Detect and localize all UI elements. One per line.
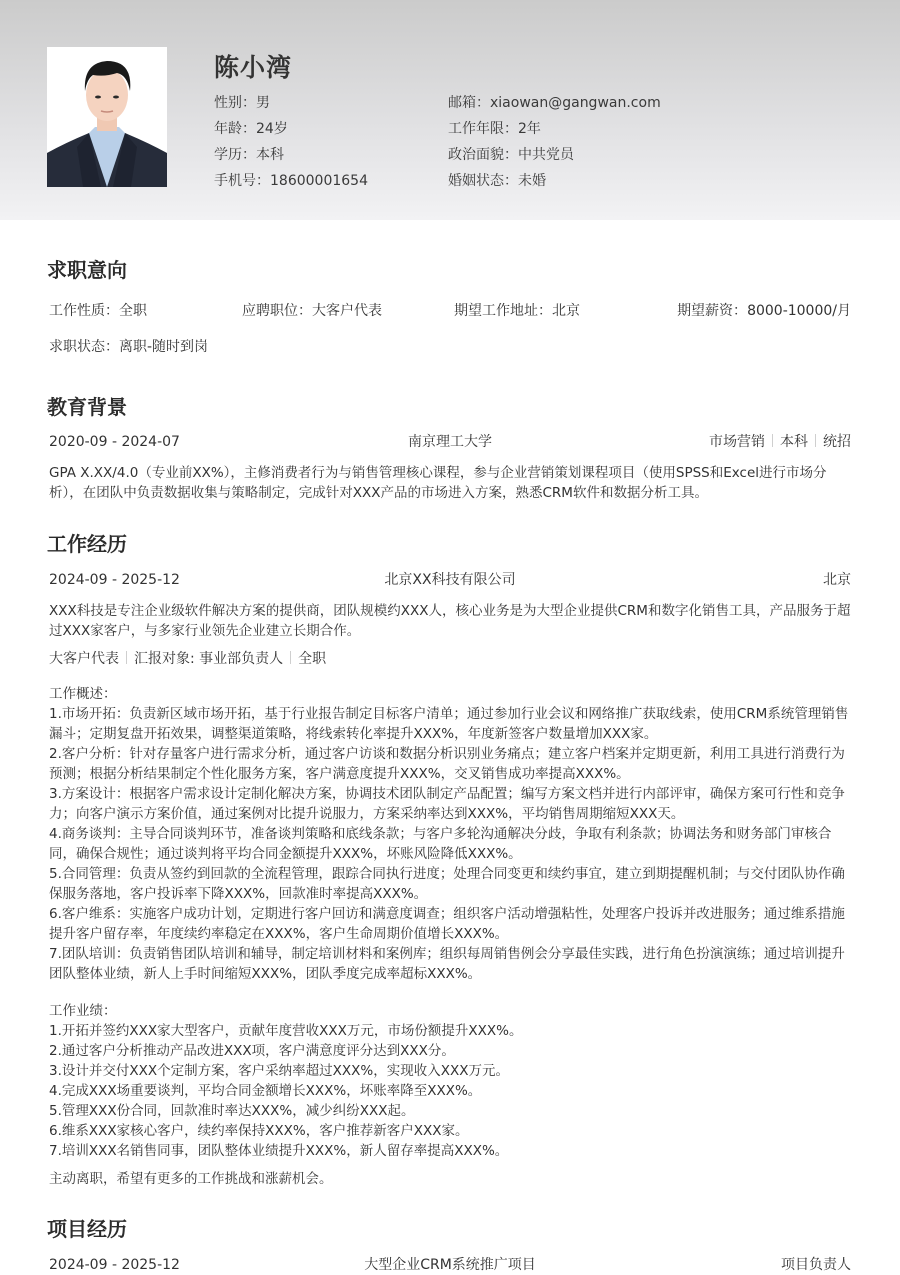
education-level-field: 学历：本科 <box>214 144 368 170</box>
email-link[interactable]: xiaowan@gangwan.com <box>490 95 661 111</box>
field-label: 学历： <box>214 147 256 163</box>
education-period: 2020-09 - 2024-07 <box>49 432 180 452</box>
field-label: 应聘职位： <box>242 303 312 319</box>
work-overview: 工作概述： 1.市场开拓：负责新区域市场开拓，基于行业报告制定目标客户清单；通过… <box>49 684 851 984</box>
field-label: 工作性质： <box>49 303 119 319</box>
work-location: 北京 <box>823 570 851 590</box>
profile-photo <box>47 47 167 187</box>
degree-tag: 本科 <box>780 434 808 450</box>
field-label: 手机号： <box>214 173 270 189</box>
company-intro: XXX科技是专注企业级软件解决方案的提供商，团队规模约XXX人，核心业务是为大型… <box>49 601 851 641</box>
field-value: 中共党员 <box>518 147 574 163</box>
job-intention-row-2: 求职状态：离职-随时到岗 <box>49 337 851 357</box>
achievement-item: 6.维系XXX家核心客户，续约率保持XXX%，客户推荐新客户XXX家。 <box>49 1121 851 1141</box>
company-name: 北京XX科技有限公司 <box>384 572 515 588</box>
project-role: 项目负责人 <box>781 1255 851 1275</box>
divider <box>815 434 816 447</box>
basic-info-right: 邮箱：xiaowan@gangwan.com 工作年限：2年 政治面貌：中共党员… <box>448 92 661 196</box>
age-field: 年龄：24岁 <box>214 118 368 144</box>
school-name: 南京理工大学 <box>408 434 492 450</box>
field-label: 工作年限： <box>448 121 518 137</box>
field-value: 18600001654 <box>270 173 368 189</box>
position-field: 应聘职位：大客户代表 <box>242 301 382 321</box>
field-value: 未婚 <box>518 173 546 189</box>
field-label: 期望工作地址： <box>454 303 552 319</box>
divider <box>290 651 291 664</box>
job-status-field: 求职状态：离职-随时到岗 <box>49 337 208 357</box>
overview-item: 2.客户分析：针对存量客户进行需求分析，通过客户访谈和数据分析识别业务痛点；建立… <box>49 744 851 784</box>
field-label: 年龄： <box>214 121 256 137</box>
section-title-job-intention: 求职意向 <box>47 254 127 283</box>
overview-item: 4.商务谈判：主导合同谈判环节，准备谈判策略和底线条款；与客户多轮沟通解决分歧，… <box>49 824 851 864</box>
field-label: 邮箱： <box>448 95 490 111</box>
work-tags: 大客户代表汇报对象: 事业部负责人全职 <box>49 649 851 669</box>
political-status-field: 政治面貌：中共党员 <box>448 144 661 170</box>
field-value: 全职 <box>119 303 147 319</box>
field-value: 北京 <box>552 303 580 319</box>
work-years-field: 工作年限：2年 <box>448 118 661 144</box>
section-title-work: 工作经历 <box>47 528 127 557</box>
overview-item: 3.方案设计：根据客户需求设计定制化解决方案，协调技术团队制定产品配置；编写方案… <box>49 784 851 824</box>
education-description: GPA X.XX/4.0（专业前XX%），主修消费者行为与销售管理核心课程，参与… <box>49 463 851 503</box>
project-header-row: 2024-09 - 2025-12 大型企业CRM系统推广项目 项目负责人 <box>49 1255 851 1275</box>
field-label: 婚姻状态： <box>448 173 518 189</box>
basic-info-left: 性别：男 年龄：24岁 学历：本科 手机号：18600001654 <box>214 92 368 196</box>
project-period: 2024-09 - 2025-12 <box>49 1255 180 1275</box>
overview-item: 1.市场开拓：负责新区域市场开拓，基于行业报告制定目标客户清单；通过参加行业会议… <box>49 704 851 744</box>
gender-field: 性别：男 <box>214 92 368 118</box>
field-value: 2年 <box>518 121 541 137</box>
overview-item: 6.客户维系：实施客户成功计划，定期进行客户回访和满意度调查；组织客户活动增强粘… <box>49 904 851 944</box>
divider <box>772 434 773 447</box>
field-label: 期望薪资： <box>677 303 747 319</box>
section-title-project: 项目经历 <box>47 1213 127 1242</box>
email-field: 邮箱：xiaowan@gangwan.com <box>448 92 661 118</box>
achievement-item: 3.设计并交付XXX个定制方案，客户采纳率超过XXX%，实现收入XXX万元。 <box>49 1061 851 1081</box>
section-title-education: 教育背景 <box>47 391 127 420</box>
achievement-item: 2.通过客户分析推动产品改进XXX项，客户满意度评分达到XXX分。 <box>49 1041 851 1061</box>
achievement-item: 1.开拓并签约XXX家大型客户，贡献年度营收XXX万元，市场份额提升XXX%。 <box>49 1021 851 1041</box>
education-header-row: 2020-09 - 2024-07 南京理工大学 市场营销本科统招 <box>49 432 851 452</box>
field-value: 男 <box>256 95 270 111</box>
location-field: 期望工作地址：北京 <box>454 301 580 321</box>
field-value: 24岁 <box>256 121 288 137</box>
job-intention-row-1: 工作性质：全职 应聘职位：大客户代表 期望工作地址：北京 期望薪资：8000-1… <box>49 301 851 321</box>
overview-item: 7.团队培训：负责销售团队培训和辅导，制定培训材料和案例库；组织每周销售例会分享… <box>49 944 851 984</box>
project-name: 大型企业CRM系统推广项目 <box>364 1257 536 1273</box>
achievements-title: 工作业绩： <box>49 1001 851 1021</box>
major-tag: 市场营销 <box>709 434 765 450</box>
overview-title: 工作概述： <box>49 684 851 704</box>
candidate-name: 陈小湾 <box>214 48 292 84</box>
work-header-row: 2024-09 - 2025-12 北京XX科技有限公司 北京 <box>49 570 851 590</box>
leave-reason: 主动离职，希望有更多的工作挑战和涨薪机会。 <box>49 1169 851 1189</box>
field-value: 8000-10000/月 <box>747 303 851 319</box>
job-type-field: 工作性质：全职 <box>49 301 147 321</box>
field-label: 求职状态： <box>49 339 119 355</box>
work-period: 2024-09 - 2025-12 <box>49 570 180 590</box>
education-tags: 市场营销本科统招 <box>709 432 851 452</box>
enrollment-tag: 统招 <box>823 434 851 450</box>
divider <box>126 651 127 664</box>
field-value: 离职-随时到岗 <box>119 339 208 355</box>
marital-status-field: 婚姻状态：未婚 <box>448 170 661 196</box>
achievement-item: 4.完成XXX场重要谈判，平均合同金额增长XXX%，坏账率降至XXX%。 <box>49 1081 851 1101</box>
employment-type-tag: 全职 <box>298 651 326 667</box>
field-value: 大客户代表 <box>312 303 382 319</box>
field-value: 本科 <box>256 147 284 163</box>
overview-item: 5.合同管理：负责从签约到回款的全流程管理，跟踪合同执行进度；处理合同变更和续约… <box>49 864 851 904</box>
achievement-item: 7.培训XXX名销售同事，团队整体业绩提升XXX%，新人留存率提高XXX%。 <box>49 1141 851 1161</box>
job-title-tag: 大客户代表 <box>49 651 119 667</box>
report-to-tag: 汇报对象: 事业部负责人 <box>134 651 283 667</box>
salary-field: 期望薪资：8000-10000/月 <box>677 301 851 321</box>
work-achievements: 工作业绩： 1.开拓并签约XXX家大型客户，贡献年度营收XXX万元，市场份额提升… <box>49 1001 851 1161</box>
field-label: 性别： <box>214 95 256 111</box>
phone-field: 手机号：18600001654 <box>214 170 368 196</box>
achievement-item: 5.管理XXX份合同，回款准时率达XXX%，减少纠纷XXX起。 <box>49 1101 851 1121</box>
field-label: 政治面貌： <box>448 147 518 163</box>
